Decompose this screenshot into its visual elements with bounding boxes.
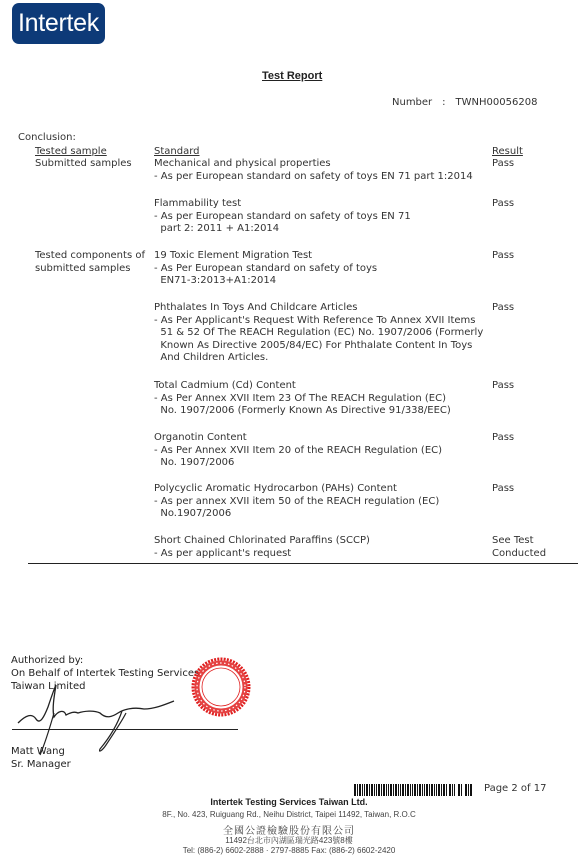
column-header-tested-sample: Tested sample	[35, 146, 107, 157]
conclusion-label: Conclusion:	[18, 132, 76, 143]
signer-title: Sr. Manager	[11, 758, 71, 771]
row-result: Pass	[492, 483, 514, 496]
company-seal-icon	[190, 656, 252, 718]
signer-block: Matt Wang Sr. Manager	[11, 745, 71, 771]
row-standard: Mechanical and physical properties - As …	[154, 158, 473, 183]
barcode-icon	[354, 784, 472, 796]
row-standard: Polycyclic Aromatic Hydrocarbon (PAHs) C…	[154, 483, 439, 521]
row-standard: Organotin Content - As Per Annex XVII It…	[154, 432, 442, 470]
page-number: Page 2 of 17	[484, 783, 546, 794]
column-header-result: Result	[492, 146, 523, 157]
row-result: Pass	[492, 432, 514, 445]
report-number-label: Number	[392, 97, 432, 108]
row-standard: 19 Toxic Element Migration Test - As Per…	[154, 250, 377, 288]
row-standard: Phthalates In Toys And Childcare Article…	[154, 302, 483, 365]
footer-address-zh: 11492台北市內湖區瑞光路423號8樓	[0, 835, 578, 846]
column-header-standard: Standard	[154, 146, 200, 157]
signer-name: Matt Wang	[11, 745, 71, 758]
row-sample: Tested components of submitted samples	[35, 250, 145, 275]
row-result: Pass	[492, 198, 514, 211]
row-standard: Total Cadmium (Cd) Content - As Per Anne…	[154, 380, 451, 418]
footer-address-en: 8F., No. 423, Ruiguang Rd., Neihu Distri…	[0, 810, 578, 819]
intertek-logo: Intertek	[12, 3, 105, 44]
report-number-value: TWNH00056208	[456, 97, 538, 108]
row-result: See Test Conducted	[492, 535, 546, 560]
report-number: Number:TWNH00056208	[392, 97, 537, 108]
row-result: Pass	[492, 380, 514, 393]
signature-line	[12, 729, 238, 730]
row-standard: Short Chained Chlorinated Paraffins (SCC…	[154, 535, 370, 560]
row-result: Pass	[492, 302, 514, 315]
row-sample: Submitted samples	[35, 158, 132, 171]
section-divider	[28, 563, 578, 564]
report-number-separator: :	[442, 97, 445, 108]
row-standard: Flammability test - As per European stan…	[154, 198, 411, 236]
row-result: Pass	[492, 158, 514, 171]
footer-contact: Tel: (886-2) 6602-2888 · 2797-8885 Fax: …	[0, 846, 578, 855]
page-title: Test Report	[262, 70, 322, 82]
footer-company: Intertek Testing Services Taiwan Ltd.	[0, 797, 578, 807]
row-result: Pass	[492, 250, 514, 263]
